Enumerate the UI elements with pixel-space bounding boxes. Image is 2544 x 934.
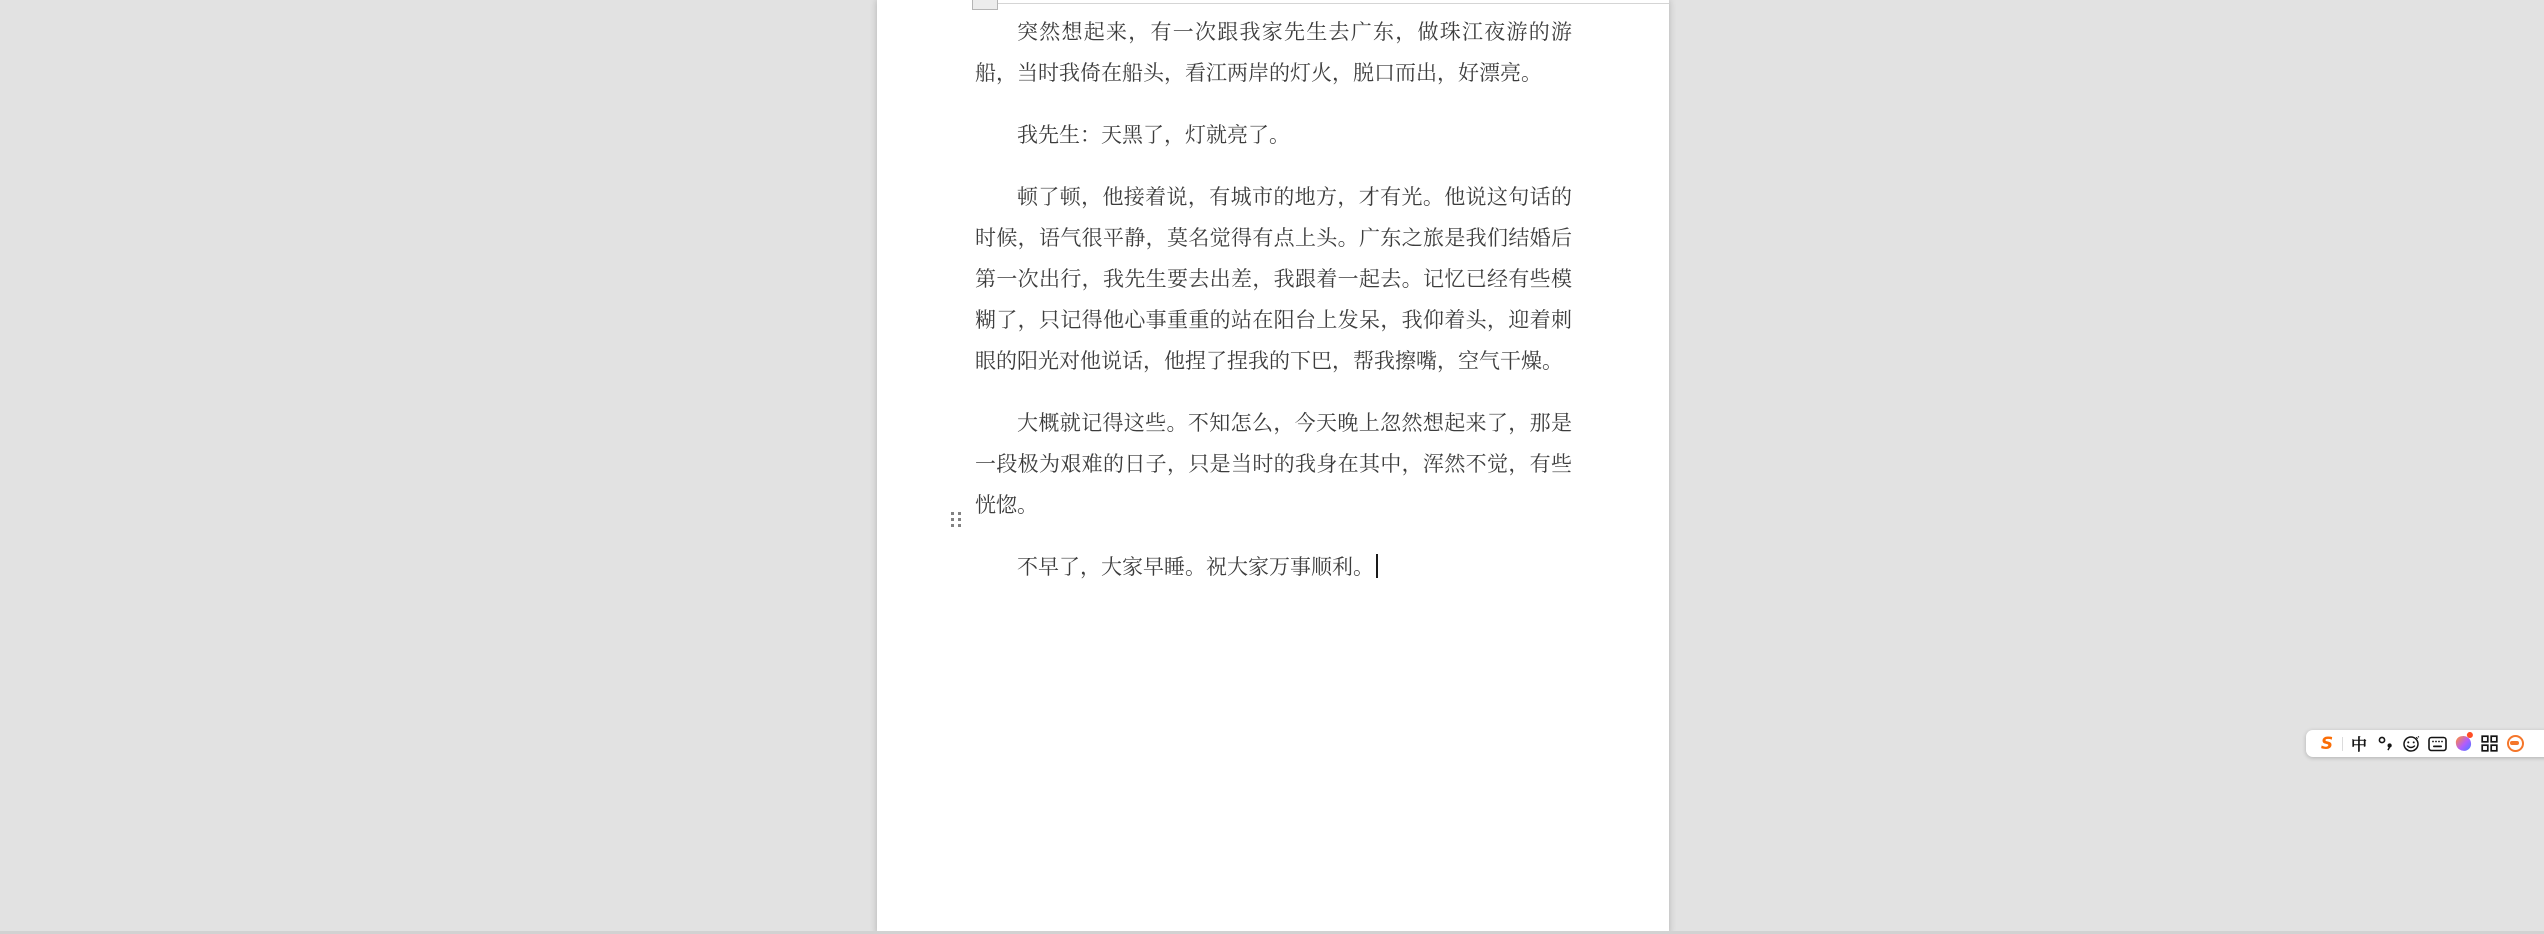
soft-keyboard-icon[interactable] <box>2424 730 2450 757</box>
punctuation-icon[interactable] <box>2372 730 2398 757</box>
paragraph[interactable]: 顿了顿，他接着说，有城市的地方，才有光。他说这句话的时候，语气很平静，莫名觉得有… <box>975 177 1572 382</box>
ime-toolbar[interactable]: S 中 <box>2306 730 2544 757</box>
mascot-icon[interactable] <box>2502 730 2528 757</box>
emoji-icon[interactable] <box>2398 730 2424 757</box>
skin-icon[interactable] <box>2450 730 2476 757</box>
document-page[interactable]: 突然想起来，有一次跟我家先生去广东，做珠江夜游的游船，当时我倚在船头，看江两岸的… <box>877 0 1669 934</box>
text-cursor <box>1376 554 1378 578</box>
toolbox-grid-icon[interactable] <box>2476 730 2502 757</box>
sogou-logo-icon[interactable]: S <box>2315 730 2339 757</box>
paragraph[interactable]: 不早了，大家早睡。祝大家万事顺利。 <box>975 547 1572 588</box>
document-text-area[interactable]: 突然想起来，有一次跟我家先生去广东，做珠江夜游的游船，当时我倚在船头，看江两岸的… <box>975 0 1572 609</box>
paragraph[interactable]: 大概就记得这些。不知怎么，今天晚上忽然想起来了，那是一段极为艰难的日子，只是当时… <box>975 403 1572 526</box>
toolbar-divider <box>2342 737 2343 751</box>
paragraph-text: 不早了，大家早睡。祝大家万事顺利。 <box>1017 555 1374 579</box>
paragraph[interactable]: 突然想起来，有一次跟我家先生去广东，做珠江夜游的游船，当时我倚在船头，看江两岸的… <box>975 12 1572 94</box>
paragraph-drag-handle-icon[interactable] <box>951 512 962 529</box>
chinese-mode-indicator[interactable]: 中 <box>2346 730 2372 757</box>
paragraph[interactable]: 我先生：天黑了，灯就亮了。 <box>975 115 1572 156</box>
